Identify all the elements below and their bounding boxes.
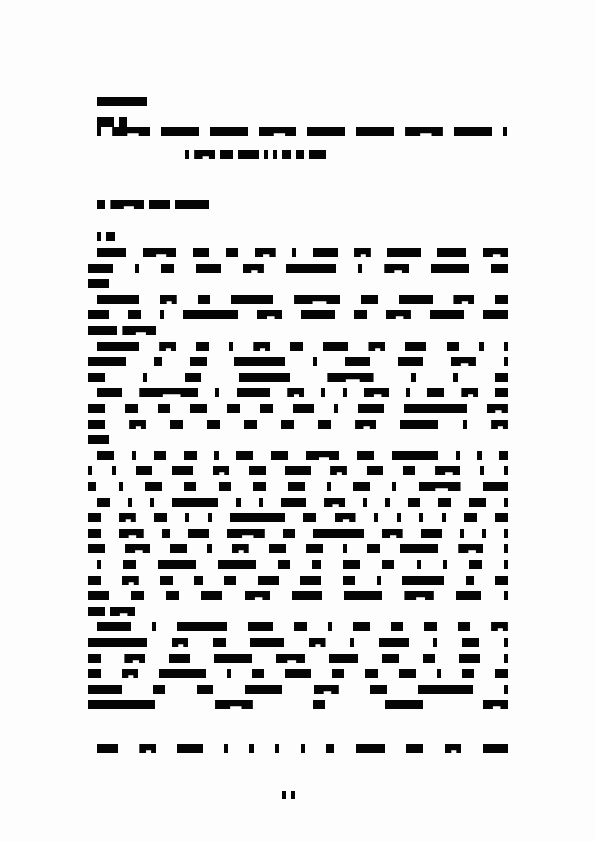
word-block [343, 560, 360, 569]
word-block [461, 388, 478, 397]
word-block [139, 388, 198, 397]
word-block [313, 700, 326, 709]
word-block [88, 404, 105, 413]
word-block [185, 150, 189, 159]
word-block [175, 200, 209, 209]
word-block [253, 482, 266, 491]
word-block [306, 544, 323, 553]
word-block [162, 529, 170, 538]
word-block [135, 264, 139, 273]
word-block [231, 295, 273, 304]
word-block [132, 451, 136, 460]
word-block [404, 404, 467, 413]
word-block [88, 420, 105, 429]
word-block [397, 513, 401, 522]
word-block [329, 654, 358, 663]
document-subtitle [97, 117, 517, 127]
word-block [122, 576, 139, 585]
word-block [236, 451, 253, 460]
word-block [405, 127, 443, 136]
word-block [292, 248, 296, 257]
heading-line [185, 150, 415, 160]
word-block [391, 622, 404, 631]
word-block [406, 388, 410, 397]
word-block [185, 373, 202, 382]
word-block [326, 744, 334, 753]
word-block [328, 622, 332, 631]
word-block [207, 420, 220, 429]
word-block [290, 342, 303, 351]
word-block [149, 200, 170, 209]
word-block [504, 529, 508, 538]
word-block [184, 482, 197, 491]
word-block [421, 529, 442, 538]
word-block [97, 248, 126, 257]
word-block [154, 357, 162, 366]
paragraph-line [88, 420, 508, 430]
paragraph-line [97, 451, 508, 461]
word-block [301, 310, 335, 319]
word-block [97, 498, 110, 507]
word-block [334, 404, 338, 413]
word-block [119, 117, 127, 127]
word-block [125, 404, 138, 413]
word-block [122, 326, 156, 335]
word-block [464, 513, 477, 522]
word-block [292, 591, 321, 600]
word-block [275, 744, 279, 753]
word-block [387, 248, 421, 257]
word-block [193, 248, 210, 257]
word-block [88, 638, 147, 647]
section-title [97, 200, 517, 210]
word-block [324, 498, 345, 507]
word-block [159, 669, 205, 678]
word-block [404, 591, 433, 600]
word-block [88, 279, 109, 288]
paragraph-line [88, 591, 508, 601]
word-block [97, 200, 105, 209]
word-block [350, 638, 354, 647]
word-block [495, 388, 508, 397]
word-block [269, 544, 286, 553]
word-block [504, 638, 508, 647]
word-block [210, 127, 248, 136]
word-block [119, 529, 144, 538]
word-block [218, 560, 256, 569]
word-block [358, 264, 362, 273]
word-block [197, 685, 214, 694]
word-block [196, 264, 221, 273]
word-block [480, 466, 484, 475]
word-block [370, 685, 387, 694]
word-block [214, 451, 218, 460]
word-block [172, 466, 193, 475]
word-block [243, 264, 264, 273]
word-block [229, 342, 233, 351]
word-block [214, 654, 252, 663]
word-block [343, 388, 347, 397]
paragraph-line [88, 638, 508, 648]
word-block [250, 638, 284, 647]
word-block [170, 544, 187, 553]
word-block [226, 248, 239, 257]
word-block [356, 127, 394, 136]
paragraph-line [88, 654, 508, 664]
paragraph-line [88, 310, 508, 320]
word-block [483, 482, 508, 491]
word-block [281, 420, 294, 429]
word-block [88, 700, 155, 709]
word-block [400, 544, 438, 553]
word-block [462, 669, 475, 678]
word-block [363, 498, 367, 507]
word-block [154, 451, 167, 460]
word-block [313, 248, 338, 257]
word-block [252, 669, 265, 678]
word-block [353, 482, 370, 491]
word-block [97, 560, 101, 569]
word-block [384, 264, 409, 273]
word-block [419, 513, 423, 522]
word-block [356, 744, 385, 753]
paragraph-line [88, 404, 508, 414]
word-block [327, 373, 373, 382]
word-block [282, 791, 286, 799]
word-block [253, 342, 270, 351]
word-block [177, 622, 227, 631]
word-block [456, 591, 481, 600]
word-block [309, 150, 326, 159]
word-block [238, 150, 259, 159]
word-block [367, 466, 384, 475]
word-block [423, 654, 436, 663]
word-block [88, 482, 96, 491]
word-block [128, 310, 141, 319]
word-block [495, 576, 508, 585]
word-block [293, 404, 314, 413]
word-block [495, 295, 508, 304]
paragraph-line [97, 388, 508, 398]
word-block [97, 97, 147, 106]
word-block [172, 498, 218, 507]
word-block [419, 482, 461, 491]
word-block [504, 654, 508, 663]
word-block [88, 591, 109, 600]
heading-line [97, 127, 507, 137]
paragraph-line [88, 357, 508, 367]
word-block [239, 373, 289, 382]
word-block [408, 498, 421, 507]
word-block [227, 529, 265, 538]
word-block [323, 342, 348, 351]
word-block [139, 744, 156, 753]
word-block [88, 373, 105, 382]
word-block [287, 388, 304, 397]
word-block [150, 498, 154, 507]
word-block [354, 248, 371, 257]
word-block [385, 498, 389, 507]
word-block [143, 248, 177, 257]
paragraph-line [88, 513, 508, 523]
word-block [259, 127, 297, 136]
word-block [161, 264, 174, 273]
word-block [368, 342, 385, 351]
word-block [491, 622, 508, 631]
word-block [483, 700, 508, 709]
paragraph-line [88, 685, 508, 695]
word-block [215, 388, 219, 397]
word-block [88, 654, 101, 663]
word-block [128, 498, 132, 507]
word-block [504, 685, 508, 694]
word-block [258, 576, 279, 585]
word-block [196, 342, 209, 351]
word-block [385, 700, 423, 709]
word-block [97, 622, 131, 631]
word-block [110, 200, 144, 209]
paragraph-line [88, 669, 508, 679]
word-block [110, 607, 135, 616]
word-block [97, 232, 101, 241]
word-block [504, 544, 508, 553]
word-block [88, 685, 122, 694]
word-block [194, 150, 215, 159]
word-block [495, 669, 508, 678]
word-block [314, 685, 339, 694]
word-block [382, 654, 399, 663]
word-block [495, 373, 508, 382]
word-block [88, 357, 126, 366]
word-block [343, 576, 356, 585]
word-block [303, 513, 316, 522]
word-block [260, 404, 273, 413]
paragraph-line [88, 435, 508, 445]
word-block [355, 420, 376, 429]
word-block [318, 420, 331, 429]
word-block [131, 591, 144, 600]
word-block [97, 295, 139, 304]
word-block [236, 498, 240, 507]
word-block [273, 150, 277, 159]
word-block [479, 342, 483, 351]
word-block [169, 654, 190, 663]
word-block [495, 513, 508, 522]
document-page [0, 0, 595, 842]
word-block [469, 498, 486, 507]
word-block [154, 513, 167, 522]
word-block [424, 622, 437, 631]
word-block [129, 420, 146, 429]
word-block [307, 127, 345, 136]
word-block [300, 576, 321, 585]
word-block [365, 669, 378, 678]
word-block [482, 529, 486, 538]
word-block [190, 404, 207, 413]
word-block [483, 310, 508, 319]
word-block [185, 513, 189, 522]
word-block [88, 310, 109, 319]
word-block [377, 576, 381, 585]
paragraph-line [88, 326, 508, 336]
word-block [345, 357, 370, 366]
word-block [215, 700, 253, 709]
word-block [445, 744, 462, 753]
word-block [158, 404, 171, 413]
word-block [88, 435, 109, 444]
word-block [160, 576, 173, 585]
word-block [88, 529, 101, 538]
word-block [301, 744, 305, 753]
paragraph-line [88, 482, 508, 492]
word-block [313, 357, 317, 366]
word-block [344, 591, 382, 600]
word-block [112, 127, 150, 136]
word-block [499, 451, 507, 460]
word-block [327, 482, 331, 491]
word-block [483, 744, 508, 753]
word-block [442, 513, 446, 522]
word-block [386, 310, 411, 319]
word-block [438, 498, 451, 507]
paragraph-line [88, 373, 508, 383]
word-block [294, 622, 307, 631]
word-block [433, 638, 437, 647]
word-block [458, 622, 471, 631]
word-block [296, 150, 304, 159]
paragraph-line [97, 744, 508, 754]
word-block [177, 744, 202, 753]
word-block [504, 498, 508, 507]
word-block [283, 529, 296, 538]
word-block [453, 373, 457, 382]
word-block [487, 404, 508, 413]
paragraph-line [97, 248, 508, 258]
word-block [159, 342, 176, 351]
word-block [374, 513, 378, 522]
word-block [97, 127, 101, 136]
word-block [88, 544, 105, 553]
word-block [335, 513, 356, 522]
word-block [288, 482, 305, 491]
paragraph-line [97, 560, 508, 570]
word-block [161, 127, 199, 136]
word-block [245, 685, 283, 694]
word-block [230, 513, 285, 522]
word-block [367, 544, 380, 553]
word-block [491, 264, 508, 273]
paragraph-line [88, 544, 508, 554]
word-block [417, 560, 421, 569]
word-block [282, 150, 290, 159]
word-block [153, 685, 166, 694]
word-block [403, 466, 416, 475]
word-block [454, 127, 492, 136]
word-block [458, 544, 483, 553]
word-block [321, 388, 325, 397]
word-block [503, 127, 507, 136]
word-block [357, 451, 374, 460]
word-block [437, 248, 466, 257]
word-block [257, 310, 282, 319]
word-block [491, 420, 508, 429]
word-block [88, 513, 101, 522]
paragraph-line [88, 466, 508, 476]
word-block [460, 529, 464, 538]
word-block [125, 544, 150, 553]
paragraph-line [88, 529, 508, 539]
word-block [213, 466, 230, 475]
word-block [364, 388, 389, 397]
word-block [353, 622, 370, 631]
word-block [285, 466, 310, 475]
word-block [431, 264, 469, 273]
word-block [160, 295, 177, 304]
word-block [97, 388, 122, 397]
word-block [504, 342, 508, 351]
word-block [190, 357, 207, 366]
word-block [278, 560, 291, 569]
word-block [264, 150, 268, 159]
word-block [255, 248, 276, 257]
word-block [232, 544, 249, 553]
word-block [294, 295, 340, 304]
word-block [382, 529, 403, 538]
word-block [88, 669, 101, 678]
word-block [245, 591, 270, 600]
paragraph-line [88, 279, 508, 289]
word-block [219, 482, 232, 491]
word-block [330, 466, 347, 475]
paragraph-line [88, 576, 508, 586]
word-block [106, 232, 114, 241]
word-block [418, 685, 473, 694]
paragraph-line [97, 622, 508, 632]
word-block [313, 529, 363, 538]
paragraph-line [97, 342, 508, 352]
word-block [119, 513, 136, 522]
word-block [160, 310, 164, 319]
word-block [399, 295, 433, 304]
word-block [244, 420, 257, 429]
word-block [312, 560, 320, 569]
word-block [399, 669, 416, 678]
word-block [504, 560, 508, 569]
paragraph-line [97, 295, 508, 305]
paragraph-line [88, 607, 508, 617]
word-block [234, 357, 284, 366]
word-block [152, 622, 156, 631]
word-block [459, 654, 480, 663]
word-block [208, 513, 212, 522]
word-block [358, 404, 383, 413]
word-block [392, 482, 396, 491]
word-block [259, 498, 263, 507]
word-block [158, 560, 196, 569]
word-block [285, 669, 310, 678]
word-block [249, 744, 253, 753]
word-block [332, 669, 345, 678]
word-block [437, 669, 441, 678]
word-block [453, 295, 474, 304]
word-block [405, 342, 426, 351]
word-block [172, 638, 189, 647]
word-block [411, 373, 415, 382]
word-block [88, 466, 92, 475]
word-block [194, 576, 202, 585]
word-block [291, 791, 295, 799]
word-block [112, 466, 116, 475]
